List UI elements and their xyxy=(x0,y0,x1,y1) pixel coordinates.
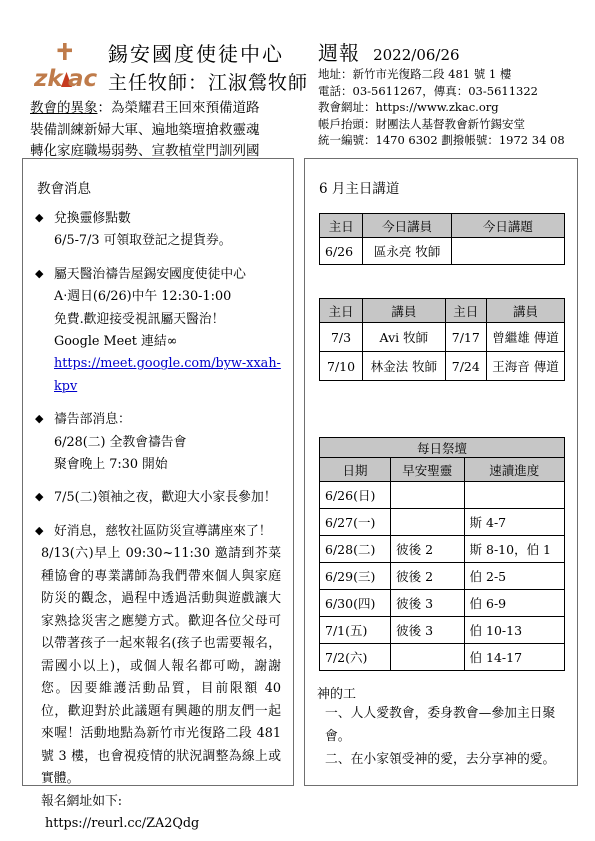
bulletin-header: 週報 2022/06/26 xyxy=(318,37,460,66)
column-header: 今日講員 xyxy=(363,214,451,238)
sermon-date-cell: 7/10 xyxy=(320,352,363,381)
link-icon: ∞ xyxy=(167,334,178,349)
sermon-schedule-panel: 6 月主日講道 主日 今日講員 今日講題 6/26 區永亮 牧師 主日 講員 主… xyxy=(304,158,578,786)
altar-reading-cell xyxy=(464,482,564,509)
altar-reading-cell: 斯 8-10，伯 1 xyxy=(464,536,564,563)
altar-morning-cell: 彼後 2 xyxy=(391,536,464,563)
news-item-line: A‧週日(6/26)中午 12:30-1:00 xyxy=(54,286,281,308)
news-item-line: 聚會晚上 7:30 開始 xyxy=(54,454,186,476)
news-item-line: 好消息，慈牧社區防災宣導講座來了！ xyxy=(54,521,272,543)
daily-altar-title: 每日祭壇 xyxy=(320,438,565,458)
sermon-speaker-cell: 區永亮 牧師 xyxy=(363,238,451,265)
sermon-speaker-cell: Avi 牧師 xyxy=(363,323,445,352)
altar-date-cell: 7/1(五) xyxy=(320,617,391,644)
column-header: 速讀進度 xyxy=(464,458,564,482)
church-vision: 教會的異象：為榮耀君王回來預備道路 裝備訓練新婦大軍、遍地築壇搶救靈魂 轉化家庭… xyxy=(30,98,260,163)
column-header: 今日講題 xyxy=(451,214,564,238)
sermon-date-cell: 6/26 xyxy=(320,238,363,265)
news-item-leaders-night: ◆ 7/5(二)領袖之夜，歡迎大小家長參加！ xyxy=(35,487,281,509)
diamond-bullet-icon: ◆ xyxy=(35,264,54,398)
altar-date-cell: 6/26(日) xyxy=(320,482,391,509)
column-header: 日期 xyxy=(320,458,391,482)
news-title: 教會消息 xyxy=(37,177,281,197)
table-row: 7/2(六) 伯 14-17 xyxy=(320,644,565,671)
sermon-speaker-cell: 王海音 傳道 xyxy=(487,352,565,381)
signup-label: 報名網址如下: xyxy=(41,791,281,814)
svg-text:zk: zk xyxy=(34,66,64,92)
altar-morning-cell xyxy=(391,644,464,671)
table-header-row: 主日 講員 主日 講員 xyxy=(320,299,565,323)
altar-date-cell: 6/27(一) xyxy=(320,509,391,536)
table-row: 6/26 區永亮 牧師 xyxy=(320,238,565,265)
google-meet-label: Google Meet 連結 xyxy=(54,334,167,349)
news-item-prayer-dept: ◆ 禱告部消息： 6/28(二) 全教會禱告會 聚會晚上 7:30 開始 xyxy=(35,409,281,476)
altar-morning-cell: 彼後 3 xyxy=(391,617,464,644)
gods-work-section: 神的工 一、人人愛教會，委身教會—參加主日聚會。 二、在小家領受神的愛，去分享神… xyxy=(317,683,565,771)
altar-reading-cell: 伯 10-13 xyxy=(464,617,564,644)
bulletin-label: 週報 xyxy=(318,43,360,65)
daily-altar-table: 每日祭壇 日期 早安聖靈 速讀進度 6/26(日) 6/27(一) 斯 4-7 … xyxy=(319,437,565,671)
column-header: 講員 xyxy=(363,299,445,323)
vision-label: 教會的異象 xyxy=(30,100,98,116)
table-row: 7/1(五) 彼後 3 伯 10-13 xyxy=(320,617,565,644)
diamond-bullet-icon: ◆ xyxy=(35,521,54,543)
sermon-date-cell: 7/17 xyxy=(445,323,486,352)
news-item-line: 禱告部消息： xyxy=(54,409,186,431)
uniform-number-line: 統一編號：1470 6302 劃撥帳號：1972 34 08 xyxy=(318,132,565,149)
vision-line-1: 教會的異象：為榮耀君王回來預備道路 xyxy=(30,98,260,120)
news-item-healing-prayer: ◆ 屬天醫治禱告屋錫安國度使徒中心 A‧週日(6/26)中午 12:30-1:0… xyxy=(35,264,281,398)
news-item-line: 6/28(二) 全教會禱告會 xyxy=(54,432,186,454)
table-header-row: 日期 早安聖靈 速讀進度 xyxy=(320,458,565,482)
altar-morning-cell: 彼後 2 xyxy=(391,563,464,590)
june-sermon-title: 6 月主日講道 xyxy=(319,177,565,197)
signup-url[interactable]: https://reurl.cc/ZA2Qdg xyxy=(45,813,281,836)
altar-date-cell: 6/29(三) xyxy=(320,563,391,590)
sermon-topic-cell xyxy=(451,238,564,265)
table-row: 7/3 Avi 牧師 7/17 曾繼雄 傳道 xyxy=(320,323,565,352)
diamond-bullet-icon: ◆ xyxy=(35,409,54,476)
svg-text:ac: ac xyxy=(68,66,98,92)
zkac-logo-graphic: zk ac xyxy=(34,42,104,94)
diamond-bullet-icon: ◆ xyxy=(35,487,54,509)
news-item-line: 7/5(二)領袖之夜，歡迎大小家長參加！ xyxy=(54,487,277,509)
table-row: 6/27(一) 斯 4-7 xyxy=(320,509,565,536)
zkac-logo: zk ac xyxy=(34,42,104,94)
phone-fax-line: 電話：03-5611267，傳真：03-5611322 xyxy=(318,83,565,100)
cross-icon xyxy=(58,43,73,60)
gods-work-line-2: 二、在小家領受神的愛，去分享神的愛。 xyxy=(325,748,565,771)
altar-morning-cell xyxy=(391,482,464,509)
bank-account-line: 帳戶抬頭：財團法人基督教會新竹錫安堂 xyxy=(318,116,565,133)
altar-date-cell: 6/28(二) xyxy=(320,536,391,563)
table-row: 7/10 林金法 牧師 7/24 王海音 傳道 xyxy=(320,352,565,381)
news-item-line: Google Meet 連結∞ xyxy=(54,331,281,353)
table-title-row: 每日祭壇 xyxy=(320,438,565,458)
news-item-disaster-seminar: ◆ 好消息，慈牧社區防災宣導講座來了！ xyxy=(35,521,281,543)
news-item-line: https://meet.google.com/byw-xxah-kpv xyxy=(54,353,281,398)
diamond-bullet-icon: ◆ xyxy=(35,208,54,253)
sermon-speaker-cell: 林金法 牧師 xyxy=(363,352,445,381)
altar-reading-cell: 斯 4-7 xyxy=(464,509,564,536)
org-name: 錫安國度使徒中心 xyxy=(108,38,284,67)
contact-info: 地址：新竹市光復路二段 481 號 1 樓 電話：03-5611267，傳真：0… xyxy=(318,66,565,149)
sermon-date-cell: 7/3 xyxy=(320,323,363,352)
altar-reading-cell: 伯 2-5 xyxy=(464,563,564,590)
church-news-panel: 教會消息 ◆ 兌換靈修點數 6/5-7/3 可領取登記之提貨券。 ◆ 屬天醫治禱… xyxy=(22,158,294,786)
news-item-line: 兌換靈修點數 xyxy=(54,208,232,230)
news-item-line: 6/5-7/3 可領取登記之提貨券。 xyxy=(54,230,232,252)
news-item-line: 屬天醫治禱告屋錫安國度使徒中心 xyxy=(54,264,281,286)
column-header: 主日 xyxy=(445,299,486,323)
altar-morning-cell xyxy=(391,509,464,536)
news-item-line: 免費.歡迎接受視訊屬天醫治！ xyxy=(54,309,281,331)
gods-work-title: 神的工 xyxy=(317,683,565,702)
altar-date-cell: 6/30(四) xyxy=(320,590,391,617)
google-meet-link[interactable]: https://meet.google.com/byw-xxah-kpv xyxy=(54,356,281,393)
june-sermon-table: 主日 今日講員 今日講題 6/26 區永亮 牧師 xyxy=(319,213,565,265)
july-sermon-table: 主日 講員 主日 講員 7/3 Avi 牧師 7/17 曾繼雄 傳道 7/10 … xyxy=(319,298,565,381)
gods-work-line-1: 一、人人愛教會，委身教會—參加主日聚會。 xyxy=(325,702,565,748)
column-header: 早安聖靈 xyxy=(391,458,464,482)
senior-pastor-line: 主任牧師：江淑鶯牧師 xyxy=(108,68,308,95)
column-header: 主日 xyxy=(320,299,363,323)
sermon-date-cell: 7/24 xyxy=(445,352,486,381)
column-header: 主日 xyxy=(320,214,363,238)
table-row: 6/30(四) 彼後 3 伯 6-9 xyxy=(320,590,565,617)
altar-date-cell: 7/2(六) xyxy=(320,644,391,671)
seminar-detail-paragraph: 8/13(六)早上 09:30~11:30 邀請到芥菜種協會的專業講師為我們帶來… xyxy=(41,543,281,791)
table-row: 6/26(日) xyxy=(320,482,565,509)
table-header-row: 主日 今日講員 今日講題 xyxy=(320,214,565,238)
table-row: 6/29(三) 彼後 2 伯 2-5 xyxy=(320,563,565,590)
vision-line-1-rest: ：為榮耀君王回來預備道路 xyxy=(98,100,260,116)
vision-line-2: 裝備訓練新婦大軍、遍地築壇搶救靈魂 xyxy=(30,120,260,142)
sermon-speaker-cell: 曾繼雄 傳道 xyxy=(487,323,565,352)
website-line: 教會網址：https://www.zkac.org xyxy=(318,99,565,116)
table-row: 6/28(二) 彼後 2 斯 8-10，伯 1 xyxy=(320,536,565,563)
news-item-redeem-points: ◆ 兌換靈修點數 6/5-7/3 可領取登記之提貨券。 xyxy=(35,208,281,253)
altar-morning-cell: 彼後 3 xyxy=(391,590,464,617)
bulletin-date: 2022/06/26 xyxy=(373,46,459,64)
address-line: 地址：新竹市光復路二段 481 號 1 樓 xyxy=(318,66,565,83)
altar-reading-cell: 伯 6-9 xyxy=(464,590,564,617)
column-header: 講員 xyxy=(487,299,565,323)
altar-reading-cell: 伯 14-17 xyxy=(464,644,564,671)
